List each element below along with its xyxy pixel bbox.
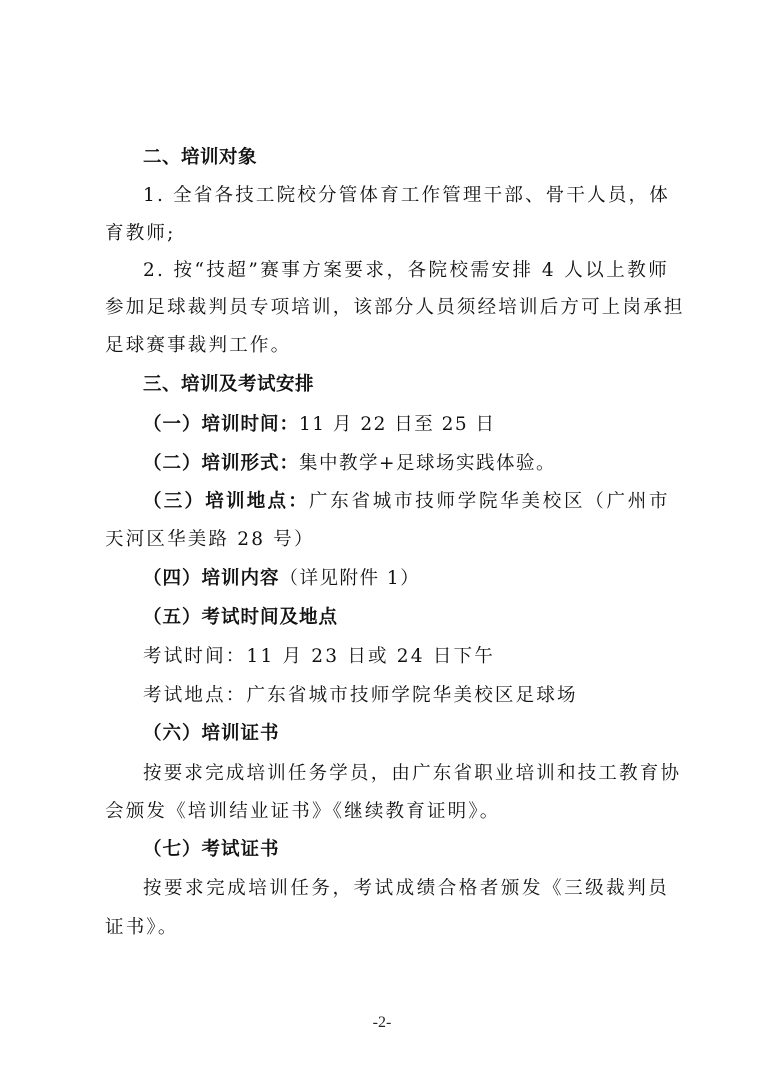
- item-label: （七）考试证书: [143, 839, 280, 860]
- item-training-content: （四）培训内容（详见附件 1）: [143, 567, 707, 591]
- exam-location: 考试地点：广东省城市技师学院华美校区足球场: [143, 684, 669, 708]
- paragraph-targets-2-line-3: 足球赛事裁判工作。: [105, 334, 669, 358]
- paragraph-targets-2-line-2: 参加足球裁判员专项培训，该部分人员须经培训后方可上岗承担: [105, 296, 669, 320]
- item-label: （二）培训形式：: [143, 453, 299, 474]
- item-training-time: （一）培训时间：11 月 22 日至 25 日: [143, 413, 707, 437]
- item-label: （一）培训时间：: [143, 414, 299, 435]
- exam-certificate-line-2: 证书》。: [105, 916, 669, 940]
- item-label: （六）培训证书: [143, 723, 280, 744]
- item-label: （四）培训内容: [143, 568, 280, 589]
- item-exam-certificate-heading: （七）考试证书: [143, 838, 707, 862]
- training-certificate-line-2: 会颁发《培训结业证书》《继续教育证明》。: [105, 800, 669, 824]
- item-training-format: （二）培训形式：集中教学+足球场实践体验。: [143, 452, 707, 476]
- training-certificate-line-1: 按要求完成培训任务学员，由广东省职业培训和技工教育协: [143, 762, 669, 786]
- exam-certificate-line-1: 按要求完成培训任务，考试成绩合格者颁发《三级裁判员: [143, 877, 669, 901]
- exam-time: 考试时间：11 月 23 日或 24 日下午: [143, 645, 669, 669]
- paragraph-targets-1-line-2: 育教师;: [105, 222, 669, 246]
- paragraph-targets-1-line-1: 1. 全省各技工院校分管体育工作管理干部、骨干人员，体: [143, 184, 669, 208]
- item-label: （五）考试时间及地点: [143, 607, 338, 628]
- item-training-location-continuation: 天河区华美路 28 号）: [105, 528, 669, 552]
- item-value: （详见附件 1）: [280, 568, 421, 589]
- document-page: 二、培训对象 1. 全省各技工院校分管体育工作管理干部、骨干人员，体 育教师; …: [0, 0, 764, 1080]
- item-training-certificate-heading: （六）培训证书: [143, 722, 707, 746]
- item-training-location: （三）培训地点：广东省城市技师学院华美校区（广州市: [143, 490, 669, 514]
- section-heading-training-targets: 二、培训对象: [143, 146, 669, 170]
- paragraph-targets-2-line-1: 2. 按“技超”赛事方案要求，各院校需安排 4 人以上教师: [143, 259, 669, 283]
- item-value: 广东省城市技师学院华美校区（广州市: [309, 491, 669, 512]
- item-exam-time-location-heading: （五）考试时间及地点: [143, 606, 707, 630]
- item-value: 集中教学+足球场实践体验。: [299, 453, 556, 474]
- section-heading-arrangements: 三、培训及考试安排: [143, 373, 669, 397]
- item-label: （三）培训地点：: [143, 491, 309, 512]
- page-number: -2-: [0, 1014, 764, 1032]
- item-value: 11 月 22 日至 25 日: [299, 414, 496, 435]
